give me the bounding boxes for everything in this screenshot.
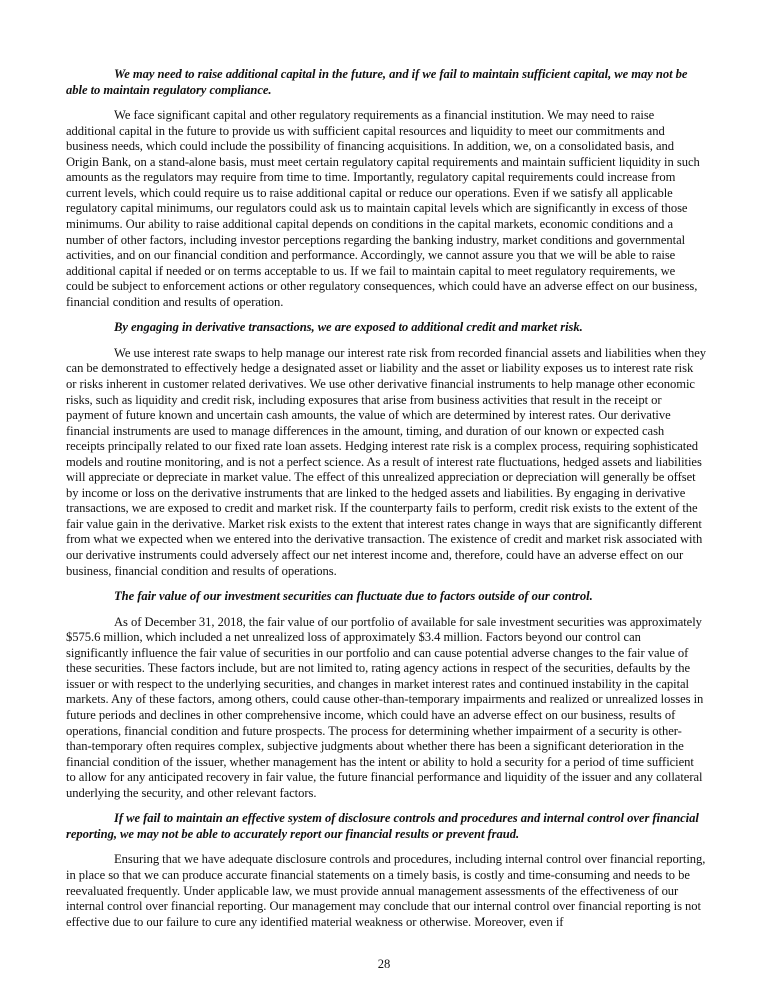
risk-factor-investment-securities: The fair value of our investment securit… [66,589,706,801]
section-heading-investment-securities: The fair value of our investment securit… [66,589,706,605]
section-body-investment-securities: As of December 31, 2018, the fair value … [66,615,706,802]
document-page: We may need to raise additional capital … [66,67,706,940]
risk-factor-derivatives: By engaging in derivative transactions, … [66,320,706,579]
section-body-disclosure-controls: Ensuring that we have adequate disclosur… [66,852,706,930]
risk-factor-capital: We may need to raise additional capital … [66,67,706,310]
section-heading-disclosure-controls: If we fail to maintain an effective syst… [66,811,706,842]
section-heading-capital: We may need to raise additional capital … [66,67,706,98]
section-body-capital: We face significant capital and other re… [66,108,706,310]
page-number: 28 [0,957,768,972]
section-body-derivatives: We use interest rate swaps to help manag… [66,346,706,579]
risk-factor-disclosure-controls: If we fail to maintain an effective syst… [66,811,706,930]
section-heading-derivatives: By engaging in derivative transactions, … [66,320,706,336]
